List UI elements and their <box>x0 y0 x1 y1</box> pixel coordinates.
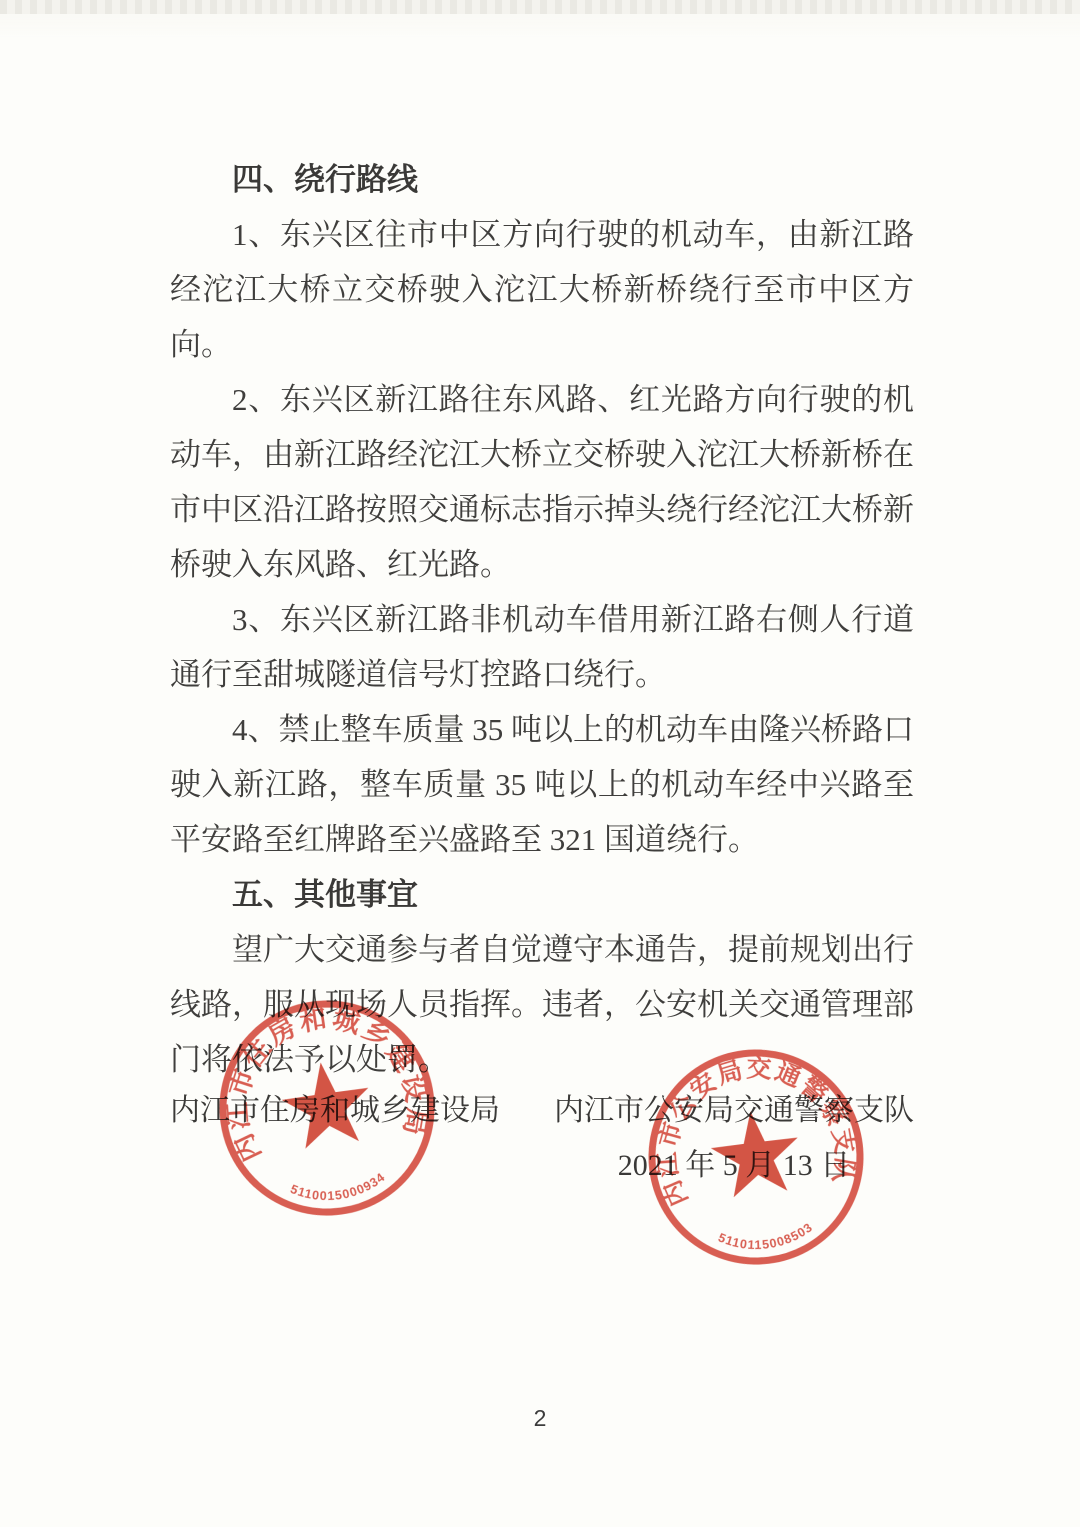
scan-artifact-strip <box>0 0 1080 14</box>
section-heading-other-matters: 五、其他事宜 <box>170 867 914 922</box>
star-icon <box>277 1056 375 1151</box>
paragraph-detour-4: 4、禁止整车质量 35 吨以上的机动车由隆兴桥路口驶入新江路，整车质量 35 吨… <box>170 702 914 867</box>
paragraph-detour-3: 3、东兴区新江路非机动车借用新江路右侧人行道通行至甜城隧道信号灯控路口绕行。 <box>170 592 914 702</box>
page-root: 四、绕行路线 1、东兴区往市中区方向行驶的机动车，由新江路经沱江大桥立交桥驶入沱… <box>0 0 1080 1527</box>
document-body: 四、绕行路线 1、东兴区往市中区方向行驶的机动车，由新江路经沱江大桥立交桥驶入沱… <box>170 152 914 1087</box>
official-seal-left: 内江市住房和城乡建设局 5110015000934 <box>191 972 462 1243</box>
paragraph-detour-2: 2、东兴区新江路往东风路、红光路方向行驶的机动车，由新江路经沱江大桥立交桥驶入沱… <box>170 372 914 592</box>
section-heading-detour-routes: 四、绕行路线 <box>170 152 914 207</box>
page-number: 2 <box>0 1405 1080 1432</box>
star-icon <box>707 1106 804 1199</box>
paragraph-detour-1: 1、东兴区往市中区方向行驶的机动车，由新江路经沱江大桥立交桥驶入沱江大桥新桥绕行… <box>170 207 914 372</box>
official-seal-right: 内江市公安局交通警察支队 5110115008503 <box>622 1023 889 1290</box>
